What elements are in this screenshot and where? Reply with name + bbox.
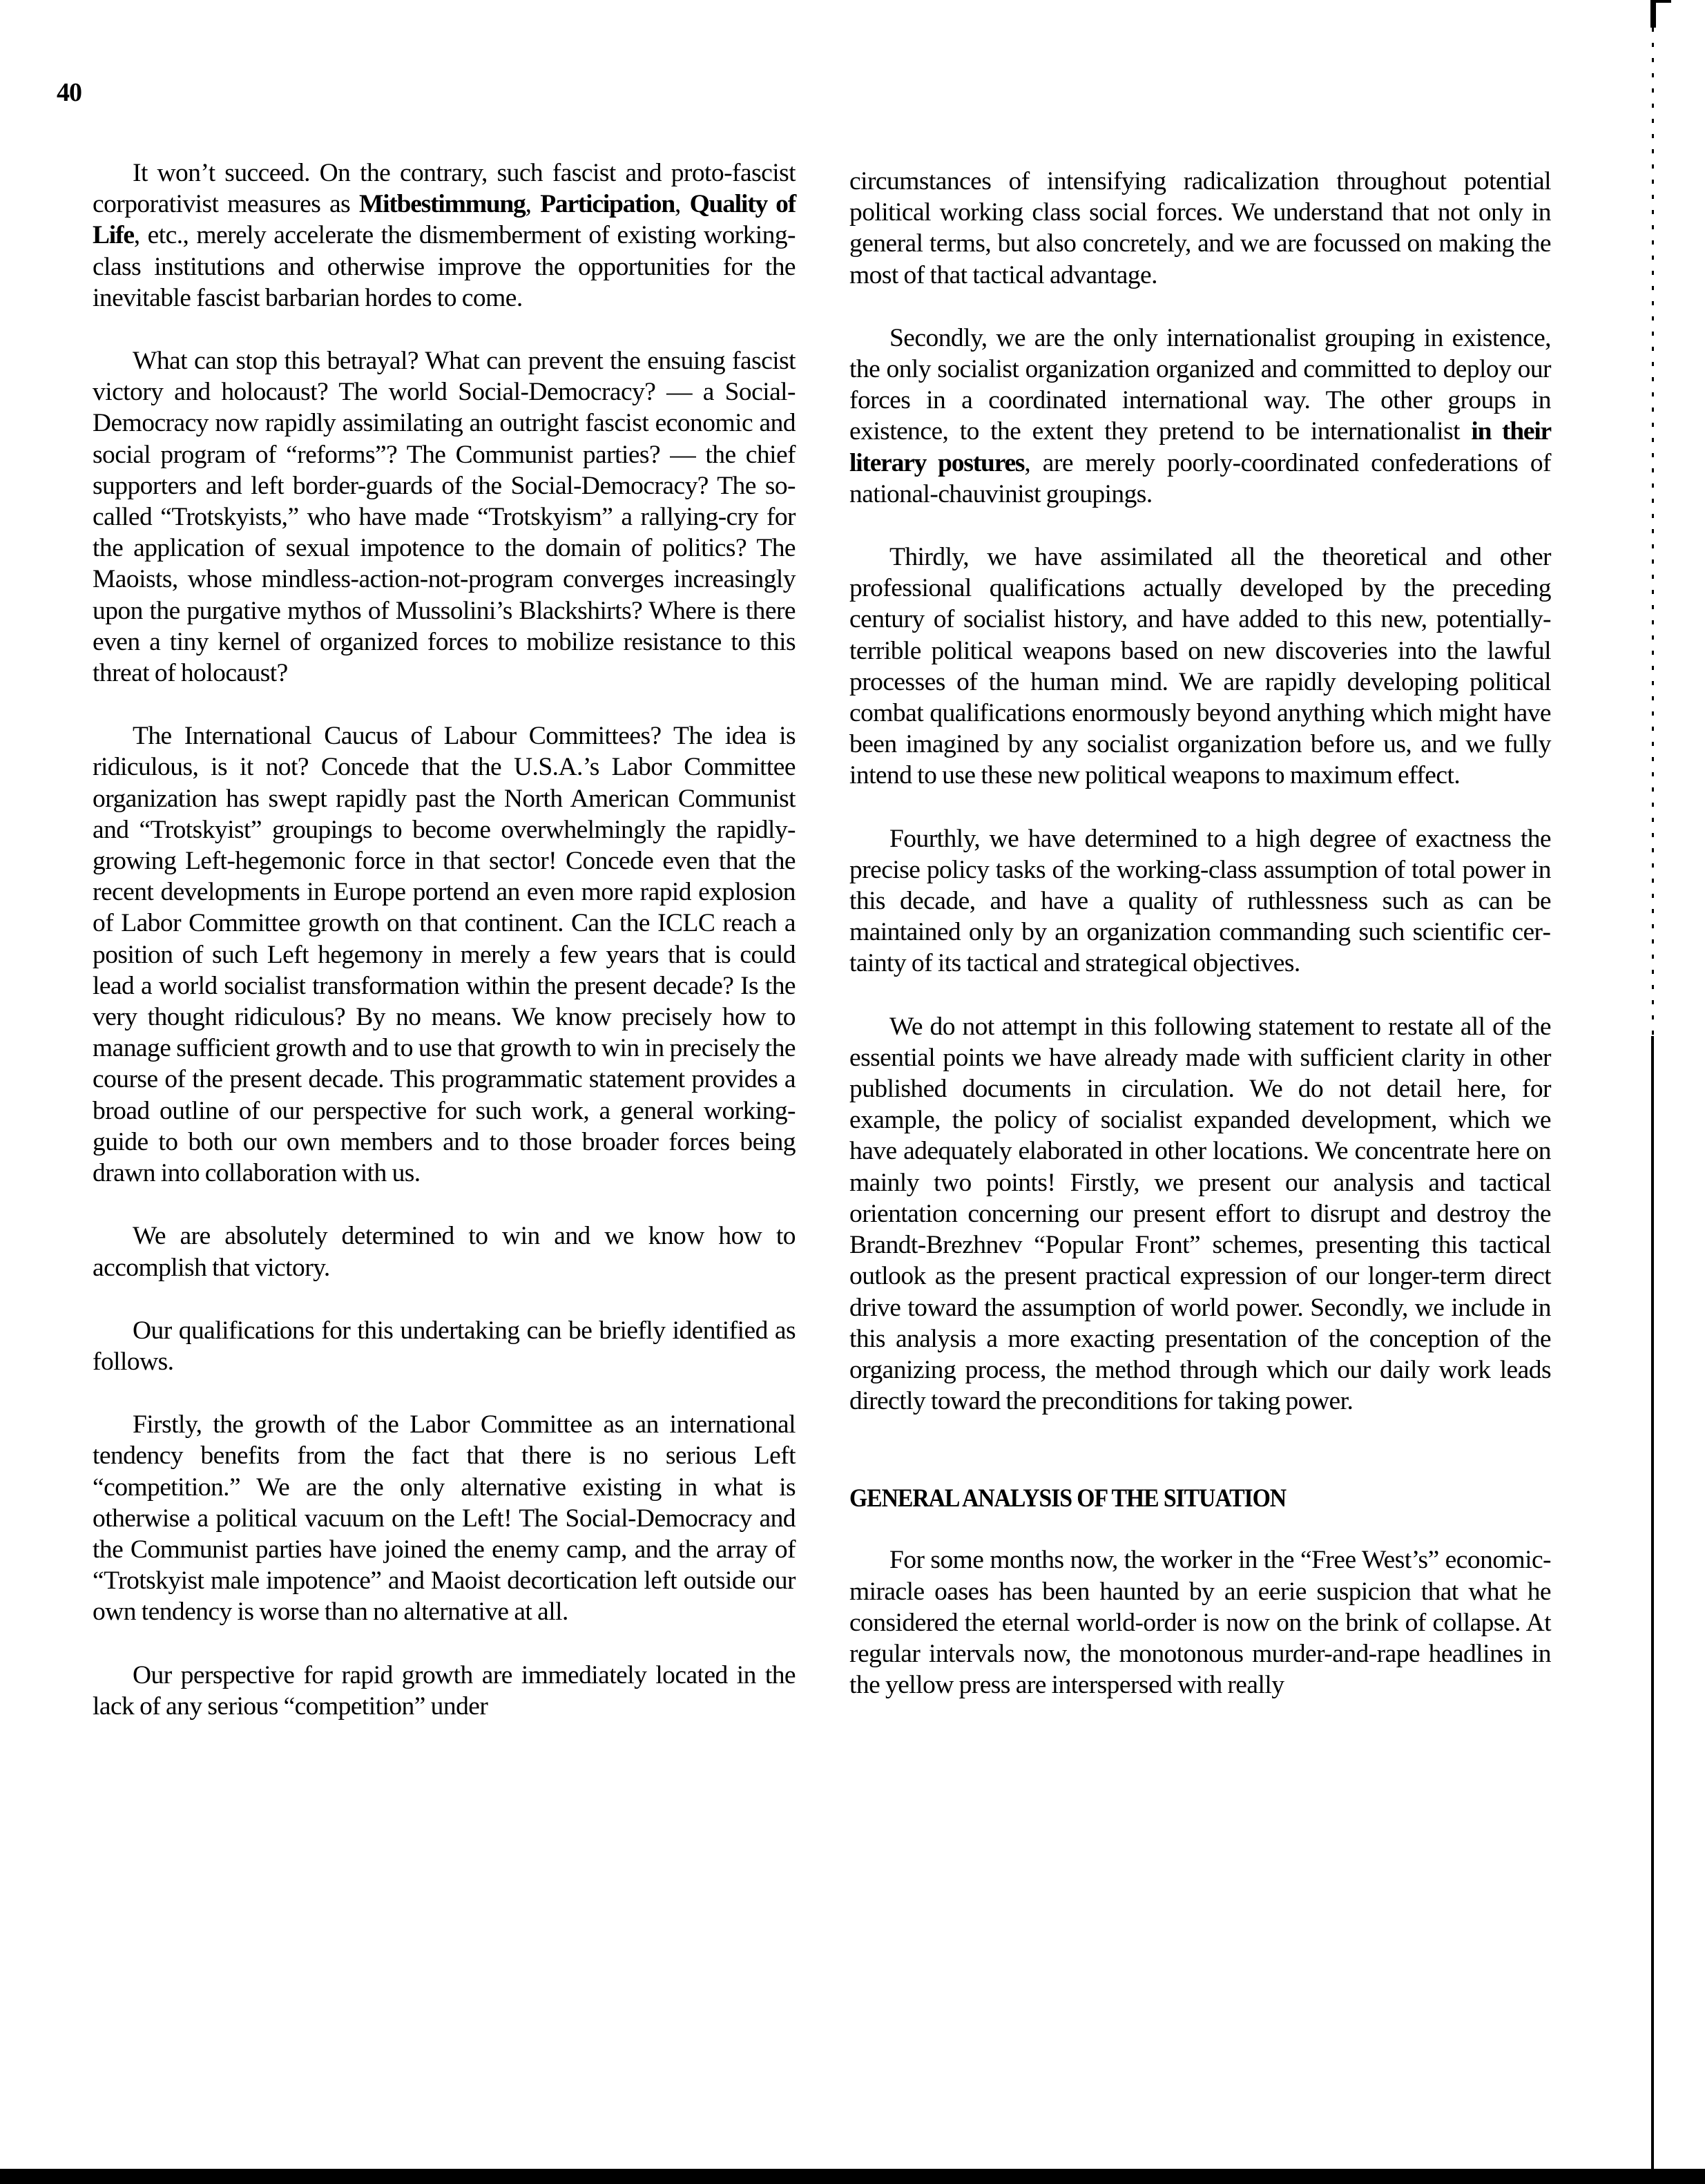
page-number: 40 — [57, 77, 81, 108]
paragraph-our-perspective: Our perspective for rapid growth are imm… — [93, 1660, 796, 1722]
section-heading: GENERAL ANALYSIS OF THE SITUATION — [849, 1483, 1481, 1514]
paragraph-firstly: Firstly, the growth of the Labor Committ… — [93, 1409, 796, 1627]
paragraph-it-wont-succeed: It won’t succeed. On the contrary, such … — [93, 157, 796, 314]
scan-edge-corner — [1650, 0, 1671, 28]
paragraph-qualifications: Our qualifications for this undertaking … — [93, 1315, 796, 1377]
paragraph-iclc: The International Caucus of Labour Commi… — [93, 720, 796, 1189]
paragraph-secondly: Secondly, we are the only internationali… — [849, 323, 1551, 510]
scan-edge-solid-line — [1651, 1036, 1654, 2172]
paragraph-we-do-not-attempt: We do not attempt in this following stat… — [849, 1011, 1551, 1417]
paragraph-fourthly: Fourthly, we have determined to a high d… — [849, 823, 1551, 979]
bold-emphasis: Participation — [540, 190, 675, 218]
bold-emphasis: in their literary postures — [849, 417, 1551, 477]
scan-bottom-bar — [0, 2169, 1705, 2184]
bold-emphasis: Mitbestimmung — [359, 190, 526, 218]
paragraph-continuation: circumstances of intensifying radicaliza… — [849, 166, 1551, 291]
left-column: It won’t succeed. On the contrary, such … — [93, 157, 796, 1754]
paragraph-what-can-stop: What can stop this betrayal? What can pr… — [93, 345, 796, 689]
paragraph-determined-to-win: We are absolutely determined to win and … — [93, 1220, 796, 1283]
paragraph-for-some-months: For some months now, the worker in the “… — [849, 1544, 1551, 1701]
scan-edge-dotted-line — [1652, 28, 1654, 1036]
paragraph-thirdly: Thirdly, we have assimilated all the the… — [849, 542, 1551, 792]
right-column: circumstances of intensifying radicaliza… — [849, 166, 1551, 1732]
